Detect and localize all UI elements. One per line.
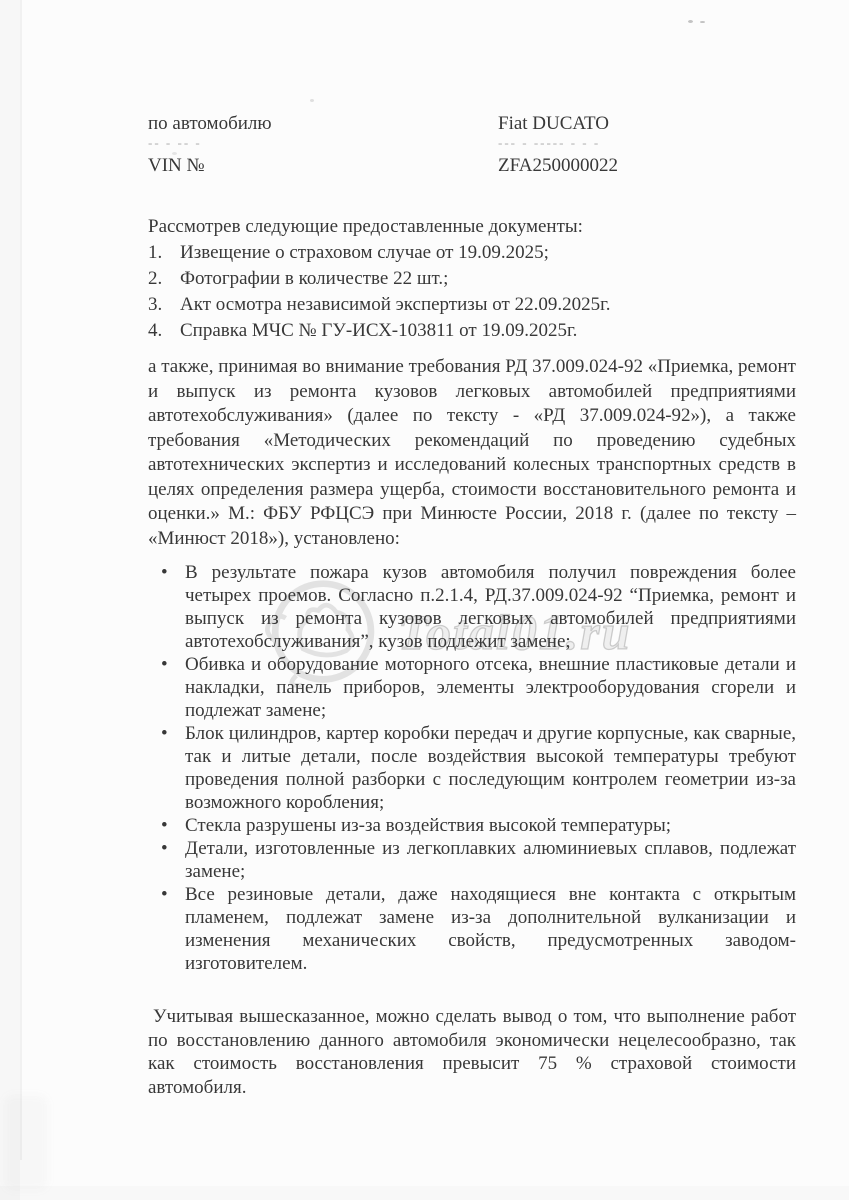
document-item-text: Справка МЧС № ГУ-ИСХ-103811 от 19.09.202… xyxy=(180,318,577,344)
document-item: 1. Извещение о страховом случае от 19.09… xyxy=(148,240,796,266)
document-item: 2. Фотографии в количестве 22 шт.; xyxy=(148,266,796,292)
finding-item: В результате пожара кузов автомобиля пол… xyxy=(148,561,796,653)
scan-corner-smudge xyxy=(4,1095,48,1190)
vin-label: VIN № xyxy=(148,154,498,178)
scan-speck xyxy=(688,20,693,23)
document-item-text: Акт осмотра независимой экспертизы от 22… xyxy=(180,292,611,318)
vehicle-header: по автомобилю Fiat DUCATO -- - -- - --- … xyxy=(148,112,796,178)
document-item-number: 3. xyxy=(148,292,180,318)
scan-edge-shadow xyxy=(0,0,20,1200)
document-item-number: 1. xyxy=(148,240,180,266)
findings-list: В результате пожара кузов автомобиля пол… xyxy=(148,561,796,975)
scanned-document-page: Total01.ru по автомобилю Fiat DUCATO -- … xyxy=(0,0,849,1200)
documents-intro: Рассмотрев следующие предоставленные док… xyxy=(148,214,796,240)
finding-item: Стекла разрушены из-за воздействия высок… xyxy=(148,814,796,837)
documents-list: 1. Извещение о страховом случае от 19.09… xyxy=(148,240,796,344)
scan-edge-line xyxy=(20,0,22,1160)
redacted-reg-mark: -- - -- - xyxy=(148,136,498,154)
scan-bottom-edge xyxy=(0,1186,849,1200)
document-item-number: 4. xyxy=(148,318,180,344)
scan-speck xyxy=(700,21,705,23)
redacted-vin-mark: --- - ----- - - - xyxy=(498,136,796,154)
regulations-paragraph: а также, принимая во внимание требования… xyxy=(148,355,796,551)
vehicle-value: Fiat DUCATO xyxy=(498,112,796,136)
conclusion-paragraph: Учитывая вышесказанное, можно сделать вы… xyxy=(148,1005,796,1099)
finding-item: Детали, изготовленные из легкоплавких ал… xyxy=(148,837,796,883)
scan-speck xyxy=(310,99,314,102)
document-item-text: Извещение о страховом случае от 19.09.20… xyxy=(180,240,549,266)
vin-value: ZFA250000022 xyxy=(498,154,796,178)
document-item-text: Фотографии в количестве 22 шт.; xyxy=(180,266,448,292)
finding-item: Обивка и оборудование моторного отсека, … xyxy=(148,653,796,722)
finding-item: Все резиновые детали, даже находящиеся в… xyxy=(148,883,796,975)
document-content: по автомобилю Fiat DUCATO -- - -- - --- … xyxy=(148,112,796,1099)
vehicle-label: по автомобилю xyxy=(148,112,498,136)
document-item: 3. Акт осмотра независимой экспертизы от… xyxy=(148,292,796,318)
document-item: 4. Справка МЧС № ГУ-ИСХ-103811 от 19.09.… xyxy=(148,318,796,344)
document-item-number: 2. xyxy=(148,266,180,292)
finding-item: Блок цилиндров, картер коробки передач и… xyxy=(148,722,796,814)
